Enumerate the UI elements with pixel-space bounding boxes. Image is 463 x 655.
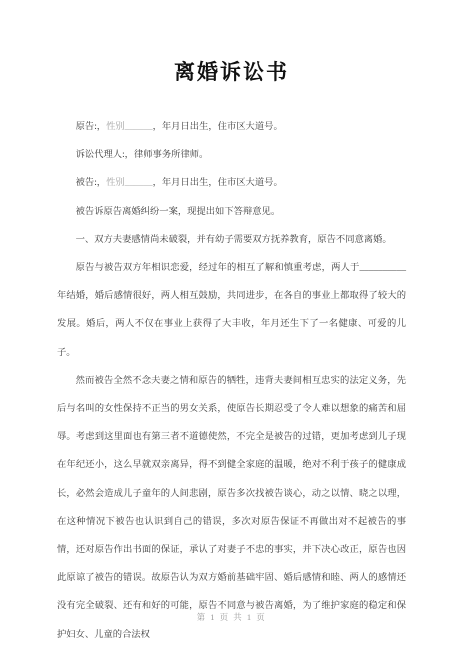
paragraph: 被告:，性别______，年月日出生，住市区大道号。 xyxy=(57,169,406,197)
paragraph-text: 原告与被告双方年相识恋爱，经过年的相互了解和慎重考虑，两人于__________… xyxy=(57,263,406,358)
paragraph-text: ，年月日出生，住市区大道号。 xyxy=(153,122,283,132)
blank-field-text: 性别______ xyxy=(106,122,153,132)
paragraph: 原告与被告双方年相识恋爱，经过年的相互了解和慎重考虑，两人于__________… xyxy=(57,254,406,367)
paragraph-text: 一、双方夫妻感情尚未破裂，并有幼子需要双方抚养教育，原告不同意离婚。 xyxy=(76,235,392,245)
blank-field-text: 性别______ xyxy=(106,178,153,188)
paragraph: 然而被告全然不念夫妻之情和原告的牺牲，违背夫妻间相互忠实的法定义务，先后与名叫的… xyxy=(57,367,406,649)
paragraph: 被告诉原告离婚纠纷一案，现提出如下答辩意见。 xyxy=(57,198,406,226)
paragraph-text: 诉讼代理人:，律师事务所律师。 xyxy=(76,150,209,160)
paragraph-text: 然而被告全然不念夫妻之情和原告的牺牲，违背夫妻间相互忠实的法定义务，先后与名叫的… xyxy=(57,376,406,640)
paragraph: 原告:，性别______，年月日出生，住市区大道号。 xyxy=(57,113,406,141)
paragraph-text: 被告:， xyxy=(76,178,106,188)
paragraph-text: 原告:， xyxy=(76,122,106,132)
page-number-footer: 第 1 页 共 1 页 xyxy=(0,611,463,623)
paragraph: 一、双方夫妻感情尚未破裂，并有幼子需要双方抚养教育，原告不同意离婚。 xyxy=(57,226,406,254)
document-title: 离婚诉讼书 xyxy=(0,0,463,86)
document-body: 原告:，性别______，年月日出生，住市区大道号。诉讼代理人:，律师事务所律师… xyxy=(57,113,406,649)
paragraph-text: ，年月日出生，住市区大道号。 xyxy=(153,178,283,188)
paragraph-text: 被告诉原告离婚纠纷一案，现提出如下答辩意见。 xyxy=(76,207,281,217)
paragraph: 诉讼代理人:，律师事务所律师。 xyxy=(57,141,406,169)
document-page: 离婚诉讼书 原告:，性别______，年月日出生，住市区大道号。诉讼代理人:，律… xyxy=(0,0,463,655)
